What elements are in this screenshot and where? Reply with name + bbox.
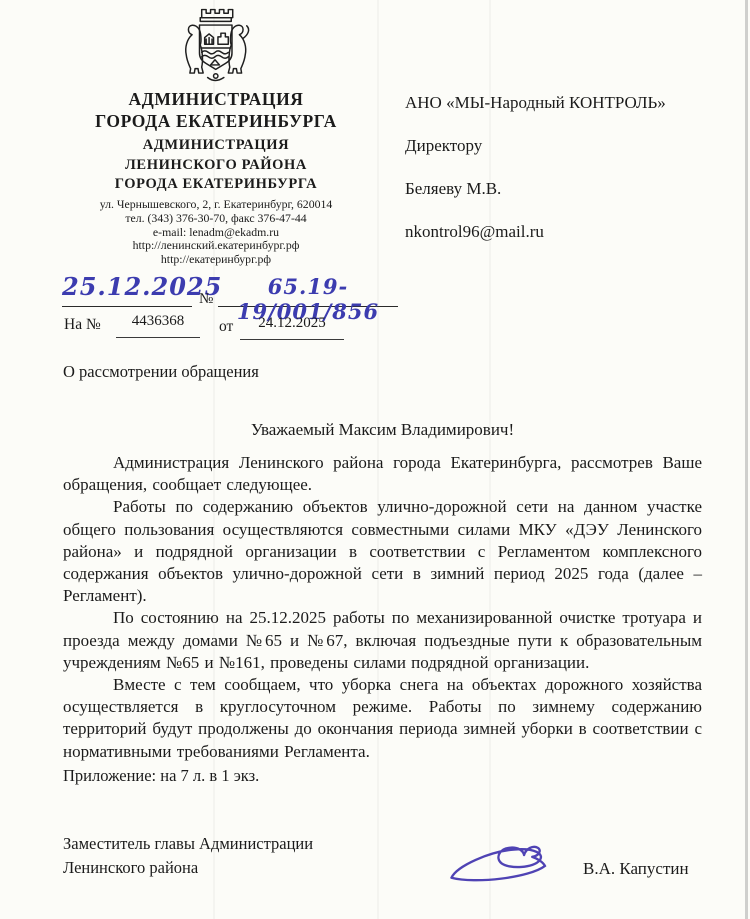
signer-name: В.А. Капустин bbox=[583, 859, 689, 879]
recipient-organization: АНО «МЫ-Народный КОНТРОЛЬ» bbox=[405, 94, 666, 111]
website-city: http://екатеринбург.рф bbox=[40, 253, 392, 267]
org-name-district-line2: ЛЕНИНСКОГО РАЙОНА bbox=[40, 156, 392, 176]
from-label: от bbox=[219, 318, 233, 336]
email-line: e-mail: lenadm@ekadm.ru bbox=[40, 226, 392, 240]
recipient-position: Директору bbox=[405, 137, 666, 154]
outgoing-number-handwritten: 65.19-19/001/856 bbox=[218, 274, 398, 307]
signer-position-line1: Заместитель главы Администрации bbox=[63, 832, 313, 856]
salutation: Уважаемый Максим Владимирович! bbox=[63, 420, 702, 440]
postal-address: ул. Чернышевского, 2, г. Екатеринбург, 6… bbox=[40, 198, 392, 212]
org-name-city-line2: ГОРОДА ЕКАТЕРИНБУРГА bbox=[40, 110, 392, 132]
phone-fax: тел. (343) 376-30-70, факс 376-47-44 bbox=[40, 212, 392, 226]
website-district: http://ленинский.екатеринбург.рф bbox=[40, 239, 392, 253]
org-name-district: АДМИНИСТРАЦИЯ ЛЕНИНСКОГО РАЙОНА ГОРОДА Е… bbox=[40, 136, 392, 195]
signer-position-line2: Ленинского района bbox=[63, 856, 313, 880]
incoming-date: 24.12.2025 bbox=[240, 315, 344, 340]
signature-ink-icon bbox=[446, 836, 564, 894]
org-name-district-line3: ГОРОДА ЕКАТЕРИНБУРГА bbox=[40, 175, 392, 195]
body-paragraph: Работы по содержанию объектов улично-дор… bbox=[63, 496, 702, 607]
scan-edge-shadow bbox=[745, 0, 748, 919]
body-paragraph: Вместе с тем сообщаем, что уборка снега … bbox=[63, 674, 702, 763]
outgoing-date-handwritten: 25.12.2025 bbox=[62, 272, 192, 307]
recipient-email: nkontrol96@mail.ru bbox=[405, 223, 666, 240]
body-paragraph: По состоянию на 25.12.2025 работы по мех… bbox=[63, 607, 702, 674]
incoming-number: 4436368 bbox=[116, 313, 200, 338]
org-name-city: АДМИНИСТРАЦИЯ ГОРОДА ЕКАТЕРИНБУРГА bbox=[40, 88, 392, 132]
body-paragraph: Администрация Ленинского района города Е… bbox=[63, 452, 702, 496]
org-name-city-line1: АДМИНИСТРАЦИЯ bbox=[40, 88, 392, 110]
number-sign: № bbox=[199, 291, 213, 308]
subject-line: О рассмотрении обращения bbox=[63, 362, 259, 382]
coat-of-arms-icon bbox=[167, 4, 263, 86]
org-name-district-line1: АДМИНИСТРАЦИЯ bbox=[40, 136, 392, 156]
attachment-note: Приложение: на 7 л. в 1 экз. bbox=[63, 766, 259, 786]
contact-block: ул. Чернышевского, 2, г. Екатеринбург, 6… bbox=[40, 198, 392, 267]
recipient-block: АНО «МЫ-Народный КОНТРОЛЬ» Директору Бел… bbox=[405, 94, 666, 240]
letter-page: АДМИНИСТРАЦИЯ ГОРОДА ЕКАТЕРИНБУРГА АДМИН… bbox=[0, 0, 750, 919]
recipient-person: Беляеву М.В. bbox=[405, 180, 666, 197]
signer-position: Заместитель главы Администрации Ленинско… bbox=[63, 832, 313, 880]
letter-body: Администрация Ленинского района города Е… bbox=[63, 452, 702, 763]
incoming-ref-label: На № bbox=[64, 316, 101, 334]
